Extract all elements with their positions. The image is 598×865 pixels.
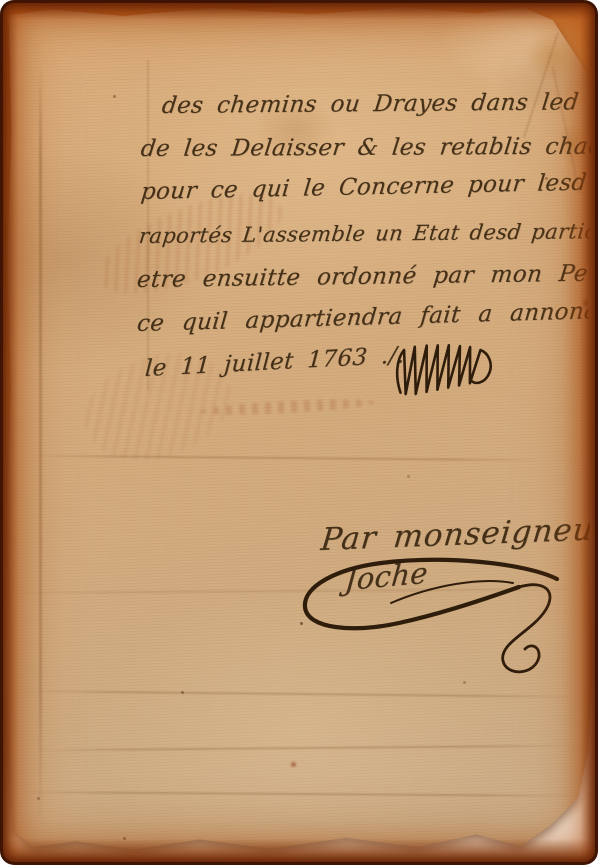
manuscript-line-3: pour ce qui le Concerne pour lesd autres	[139, 164, 598, 209]
horizontal-crease	[20, 690, 580, 698]
vertical-fold-crease	[39, 65, 42, 825]
paper-sheet-wrap: des chemins ou Drayes dans led Lieu de l…	[5, 5, 594, 853]
manuscript-photo: des chemins ou Drayes dans led Lieu de l…	[0, 0, 598, 865]
date-line: le 11 juillet 1763 ./.	[144, 338, 406, 386]
manuscript-line-4: raportés L'assemble un Etat desd particu…	[137, 214, 598, 253]
paraph-flourish	[387, 329, 518, 404]
manuscript-line-1: des chemins ou Drayes dans led Lieu	[160, 85, 598, 123]
manuscript-line-2: de les Delaisser & les retablis chacun	[139, 129, 598, 166]
signature-flourish	[295, 553, 580, 688]
manuscript-line-5: etre ensuitte ordonné par mon Pere	[135, 256, 598, 297]
dirt-specks	[5, 5, 8, 8]
horizontal-crease	[35, 745, 575, 752]
ink-spot	[291, 762, 296, 767]
manuscript-line-6: ce quil appartiendra fait a annonay	[135, 294, 598, 341]
horizontal-crease	[25, 455, 545, 462]
closing-prefix: Par monseigneur	[319, 512, 598, 557]
paper-sheet: des chemins ou Drayes dans led Lieu de l…	[5, 5, 594, 853]
horizontal-crease	[15, 791, 585, 797]
paper-stain	[525, 33, 580, 81]
